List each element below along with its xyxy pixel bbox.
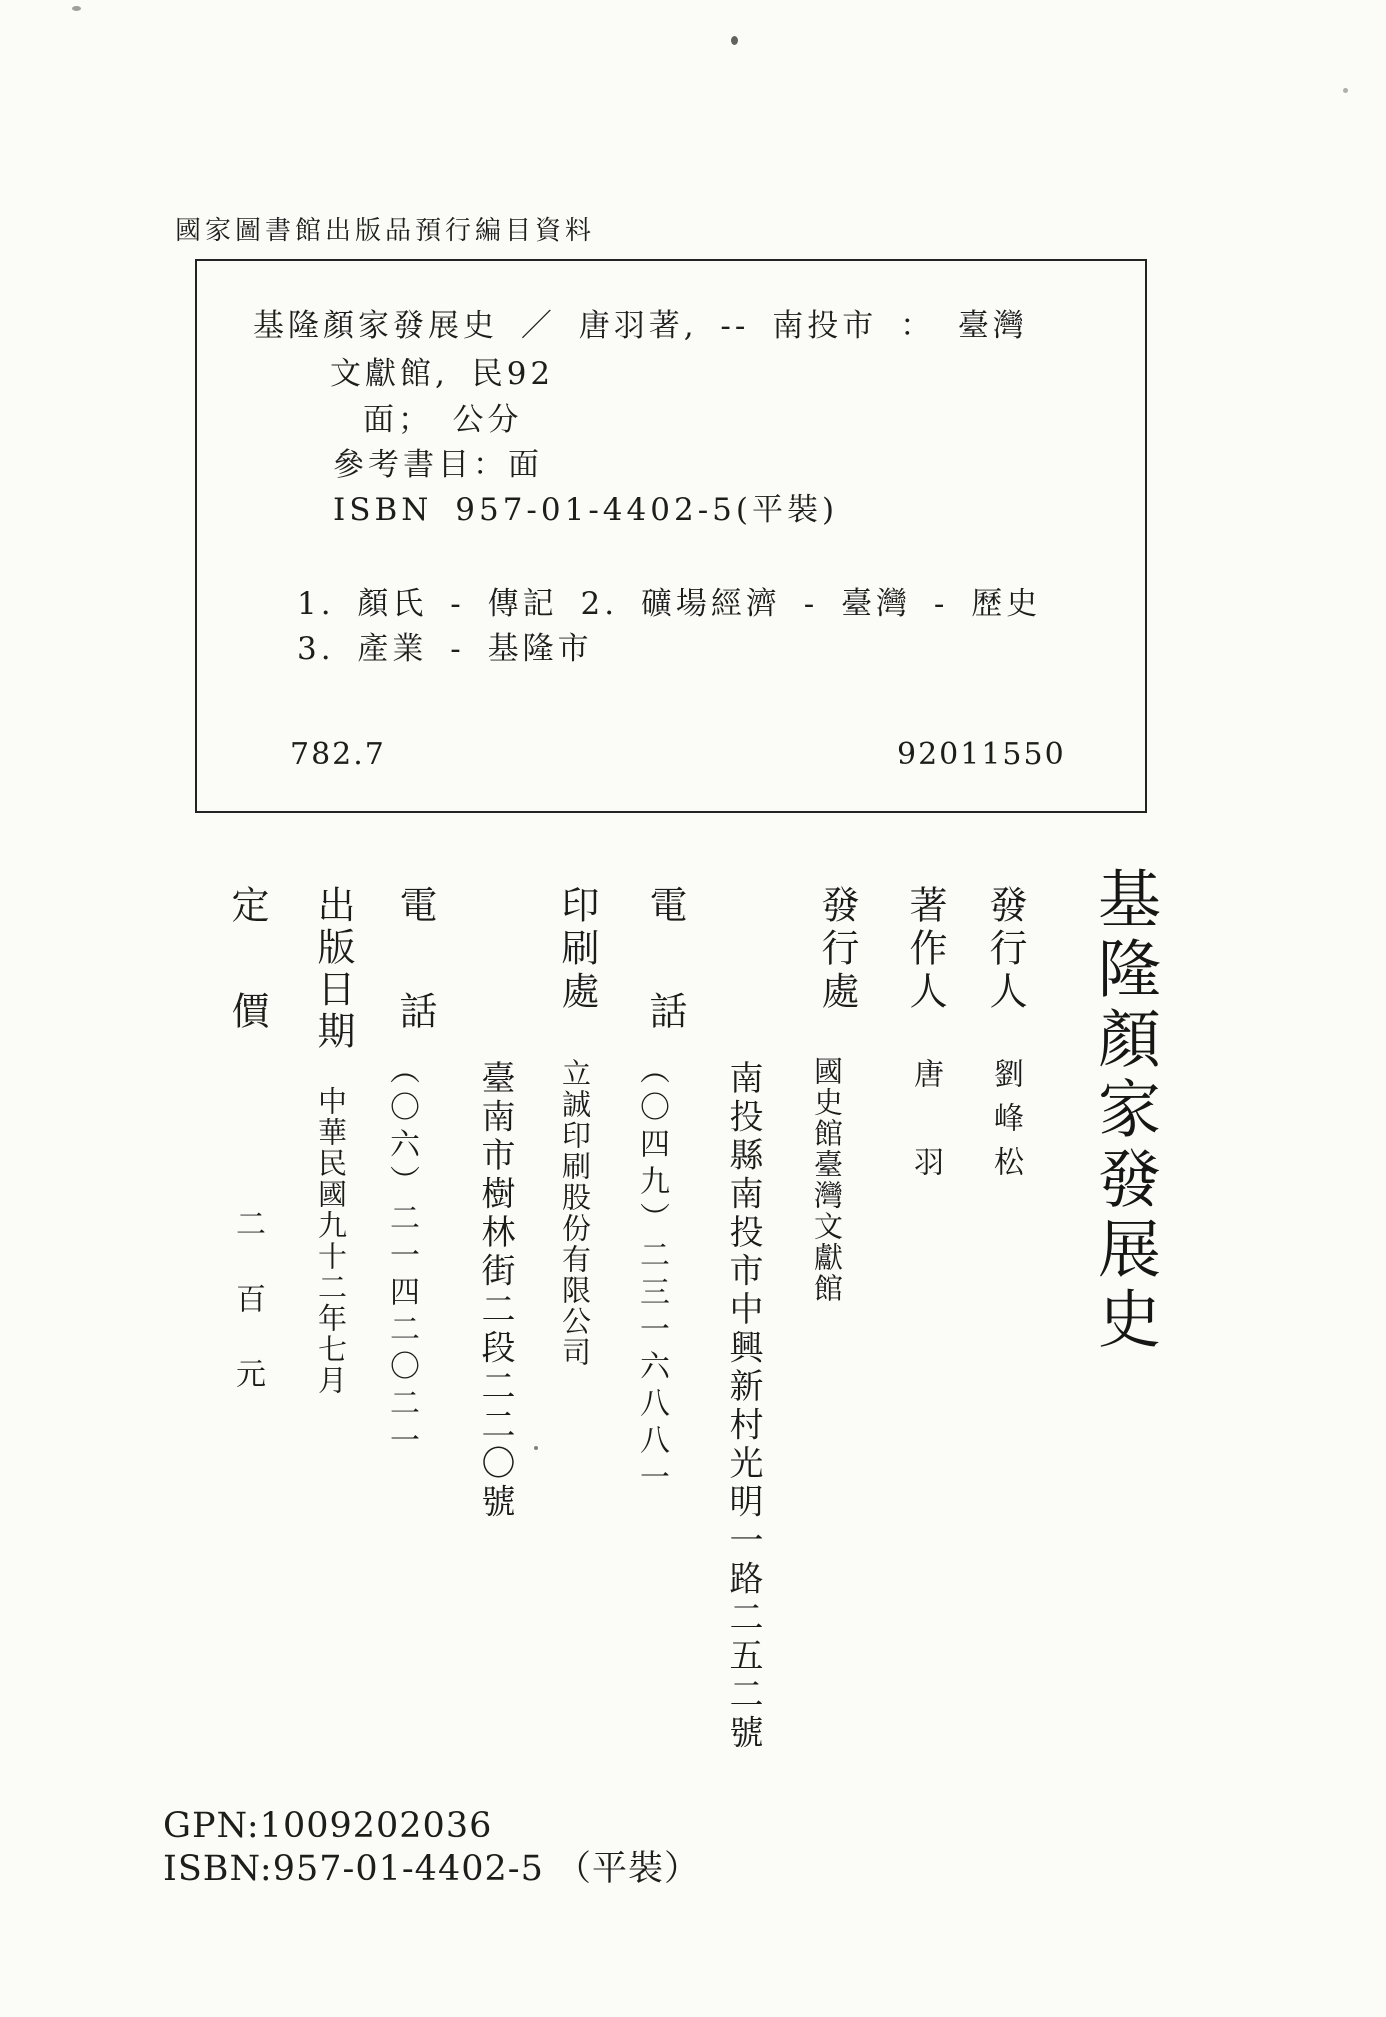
colophon-label-publishing-office: 發行處 <box>818 885 856 1014</box>
cip-class-number: 782.7 <box>290 738 386 772</box>
cip-publisher-continuation: 文獻館, 民92 <box>330 356 554 392</box>
colophon-value-issuer: 劉峰松 <box>990 1058 1020 1190</box>
colophon-label-publication-date: 出版日期 <box>314 885 352 1053</box>
colophon-label-author: 著作人 <box>906 885 944 1014</box>
book-title: 基隆顏家發展史 <box>1093 866 1156 1356</box>
colophon-value-publication-date: 中華民國九十二年七月 <box>316 1086 345 1396</box>
cip-bibliography-note: 參考書目：面 <box>333 447 543 483</box>
gpn-number: GPN:1009202036 <box>163 1806 492 1846</box>
colophon-value-price: 二百元 <box>232 1208 262 1433</box>
cip-title-statement: 基隆顏家發展史 ／ 唐羽著, -- 南投市 ： 臺灣 <box>253 308 1028 344</box>
scan-speck <box>731 36 738 45</box>
cip-physical-description: 面； 公分 <box>363 402 523 438</box>
colophon-value-author: 唐 羽 <box>910 1058 940 1190</box>
colophon-value-phone-2: （〇六）二一四二〇二一 <box>386 1054 416 1461</box>
colophon-label-issuer: 發行人 <box>986 885 1024 1014</box>
cip-record-number: 92011550 <box>897 738 1066 772</box>
colophon-value-printer: 立誠印刷股份有限公司 <box>560 1058 589 1368</box>
cip-subject-line-1: 1. 顏氏 - 傳記 2. 礦場經濟 - 臺灣 - 歷史 <box>297 586 1041 622</box>
isbn-number: ISBN:957-01-4402-5 （平裝） <box>163 1849 700 1889</box>
colophon-address-printer: 臺南市樹林街二段二二〇號 <box>478 1060 512 1522</box>
colophon-address-publishing-office: 南投縣南投市中興新村光明一路二五二號 <box>726 1060 760 1753</box>
colophon-value-publishing-office: 國史館臺灣文獻館 <box>812 1056 841 1304</box>
colophon-label-printer: 印刷處 <box>558 885 596 1014</box>
scan-speck <box>72 6 81 11</box>
colophon-label-price: 定價 <box>228 885 266 1097</box>
scan-speck <box>534 1446 538 1450</box>
colophon-page: 國家圖書館出版品預行編目資料 基隆顏家發展史 ／ 唐羽著, -- 南投市 ： 臺… <box>0 0 1386 2017</box>
cip-header: 國家圖書館出版品預行編目資料 <box>175 210 595 247</box>
cip-subject-line-2: 3. 產業 - 基隆市 <box>297 631 593 667</box>
cip-isbn-line: ISBN 957-01-4402-5(平裝) <box>333 492 838 528</box>
colophon-value-phone-1: （〇四九）二三一六八八一 <box>636 1054 666 1498</box>
scan-speck <box>1343 88 1348 93</box>
